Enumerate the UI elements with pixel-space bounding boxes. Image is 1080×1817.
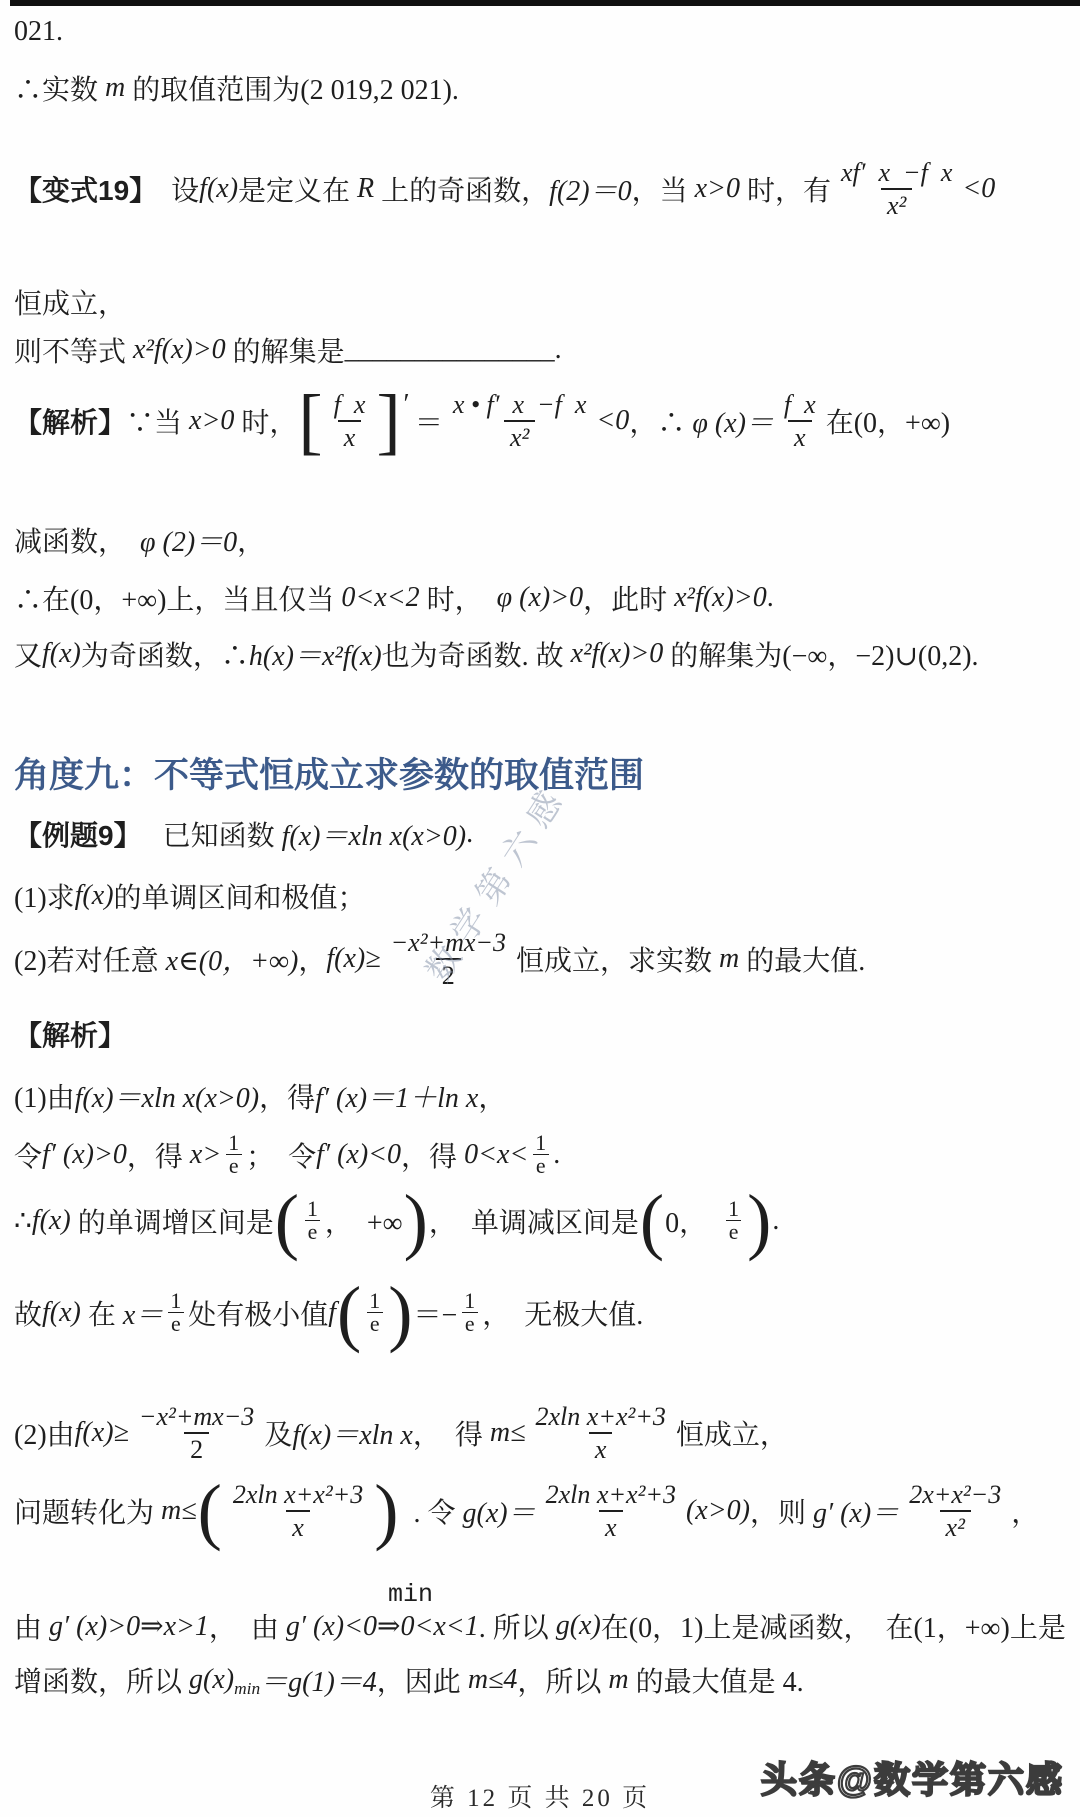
fraction: x • f′ x −f xx² — [447, 390, 593, 452]
text-run: ＝ — [408, 401, 443, 441]
text-run: _______________. — [345, 334, 562, 366]
text-run: . — [772, 1205, 779, 1237]
text-run: f(x)＝xln x — [292, 1413, 413, 1453]
numerator: 1 — [461, 1290, 478, 1312]
denominator: x — [338, 420, 362, 452]
text-run: ＝− — [413, 1293, 457, 1333]
text-run: ， 得 — [413, 1413, 490, 1453]
text-run: e — [536, 1155, 546, 1177]
toutiao-watermark: 头条@数学第六感 — [761, 1752, 1064, 1803]
line-variant19-problem: 【变式19】 设f(x)是定义在 R 上的奇函数，f(2)＝0，当 x>0 时，… — [14, 158, 995, 220]
text-run: φ (2)＝0 — [140, 520, 237, 560]
text-run: 2xln x+x²+3 — [535, 1402, 665, 1431]
text-run: ， +∞ — [325, 1201, 403, 1241]
text-run: xf′ x −f x — [841, 158, 952, 187]
text-run: 问题转化为 — [14, 1491, 161, 1531]
text-run: g′ (x)<0⇒0<x<1 — [286, 1609, 479, 1643]
text-run: ，得 — [127, 1135, 190, 1175]
denominator: x — [788, 420, 812, 452]
line-sol1-extremum: 故f(x) 在 x＝1e处有极小值f(1e)＝−1e， 无极大值. — [14, 1290, 643, 1336]
denominator: e — [726, 1220, 742, 1243]
text-run: 上的奇函数， — [374, 169, 549, 209]
text-run: m≤4 — [468, 1664, 518, 1696]
text-run: g′ (x)>0⇒x>1 — [49, 1609, 209, 1643]
text-run: x — [794, 423, 806, 452]
fraction: 1e — [225, 1132, 242, 1178]
numerator: 1 — [532, 1132, 549, 1154]
text-run: ∴实数 — [14, 68, 105, 108]
text-run: ， — [478, 1076, 506, 1116]
text-run: e — [370, 1313, 380, 1335]
line-sol2-transform: (2)由f(x)≥−x²+mx−32及f(x)＝xln x， 得 m≤2xln … — [14, 1402, 788, 1464]
text-run: x>0 — [189, 405, 234, 437]
line-sol1-sign-analysis: 令f′ (x)>0，得 x>1e； 令f′ (x)<0，得 0<x<1e. — [14, 1132, 560, 1178]
text-run: 处有极小值 — [188, 1293, 328, 1333]
numerator: 2xln x+x²+3 — [227, 1480, 369, 1510]
line-decreasing-phi2: 减函数， φ (2)＝0， — [14, 520, 265, 560]
text-run: m≤ — [161, 1495, 197, 1527]
text-run: 恒成立， — [676, 1413, 788, 1453]
text-run: g(x) — [189, 1664, 234, 1696]
text-run: 【解析】 — [14, 1014, 126, 1054]
document-page: 021. ∴实数 m 的取值范围为(2 019,2 021). 【变式19】 设… — [0, 0, 1080, 1817]
numerator: f x — [778, 390, 822, 420]
fraction: 1e — [366, 1290, 383, 1336]
text-run: x²f(x)>0 — [133, 334, 226, 366]
text-run: ，此时 — [583, 578, 674, 618]
denominator: x² — [881, 188, 912, 220]
fraction: 2xln x+x²+3x — [227, 1480, 369, 1542]
text-run: . 令 — [400, 1491, 463, 1531]
numerator: x • f′ x −f x — [447, 390, 593, 420]
line-sol1-derivative: (1)由f(x)＝xln x(x>0)，得f′ (x)＝1＋ln x， — [14, 1076, 506, 1116]
text-run: 又 — [14, 634, 42, 674]
text-run: 1 — [307, 1198, 318, 1220]
numerator: 2xln x+x²+3 — [540, 1480, 682, 1510]
text-run: . — [767, 582, 774, 614]
text-run: 的取值范围为(2 019,2 021). — [125, 68, 459, 108]
text-run: 已知函数 — [142, 814, 282, 854]
text-run: (2)由 — [14, 1413, 75, 1453]
text-run: ，所以 — [517, 1660, 608, 1700]
numerator: 1 — [725, 1198, 742, 1220]
denominator: e — [168, 1312, 184, 1335]
text-run: . 所以 — [479, 1606, 556, 1646]
text-run: e — [465, 1313, 475, 1335]
text-run: 的最大值. — [739, 939, 865, 979]
line-jiexi-variant19: 【解析】∵当 x>0 时，[f xx]′ ＝x • f′ x −f xx²<0，… — [14, 390, 950, 452]
numerator: 2xln x+x²+3 — [529, 1402, 671, 1432]
denominator: x — [589, 1432, 613, 1464]
numerator: 1 — [304, 1198, 321, 1220]
denominator: e — [533, 1154, 549, 1177]
line-leftover-021: 021. — [14, 16, 63, 48]
fraction: 1e — [461, 1290, 478, 1336]
numerator: f x — [328, 390, 372, 420]
text-run: m — [719, 943, 739, 975]
text-run: 是定义在 — [238, 169, 357, 209]
text-run: x∈(0，+∞) — [166, 939, 299, 979]
denominator: x² — [940, 1510, 971, 1542]
line-odd-function-conclusion: 又f(x)为奇函数，∴h(x)＝x²f(x)也为奇函数. 故 x²f(x)>0 … — [14, 634, 979, 674]
text-run: 的解集为(−∞，−2)∪(0,2). — [663, 634, 978, 674]
text-run: f′ (x)＝1＋ln x — [315, 1076, 478, 1116]
text-run: 在(0，1)上是减函数， 在(1，+∞)上是 — [601, 1606, 1066, 1646]
text-run: 的最大值是 4. — [629, 1660, 804, 1700]
text-run: . — [553, 1139, 560, 1171]
text-run: g(x)＝ — [463, 1491, 536, 1531]
text-run: f(x)≥ — [75, 1417, 129, 1449]
text-run: e — [229, 1155, 239, 1177]
denominator: 2 — [184, 1432, 209, 1464]
text-run: x • f′ x −f x — [453, 390, 587, 419]
text-run: φ (x)>0 — [497, 582, 583, 614]
text-run: <0 — [962, 173, 995, 205]
text-run: m≤ — [490, 1417, 526, 1449]
text-run: ∵当 — [126, 401, 189, 441]
text-run: ，当 — [632, 169, 695, 209]
text-run: 设 — [157, 169, 199, 209]
text-run: 及 — [264, 1413, 292, 1453]
text-run: x> — [190, 1139, 221, 1171]
line-q1-monotone-extremum: (1)求f(x)的单调区间和极值； — [14, 876, 366, 916]
text-run: f(x)≥ — [326, 943, 380, 975]
line-heng-cheng-li: 恒成立， — [14, 282, 126, 322]
fraction: f xx — [778, 390, 822, 452]
text-run: f′ (x)>0 — [42, 1139, 127, 1171]
text-run: h(x)＝x²f(x) — [249, 634, 382, 674]
text-run: −x²+mx−3 — [139, 1402, 254, 1431]
text-run: f(x) — [199, 173, 238, 205]
text-run: ； 令 — [246, 1135, 316, 1175]
text-run: 恒成立，求实数 — [516, 939, 719, 979]
fraction: 2xln x+x²+3x — [529, 1402, 671, 1464]
line-example9: 【例题9】 已知函数 f(x)＝xln x(x>0). — [14, 814, 473, 854]
text-run: 在 — [81, 1293, 123, 1333]
text-run: ， — [298, 939, 326, 979]
text-run: f(x)＝xln x(x>0) — [282, 814, 466, 854]
fraction: 1e — [532, 1132, 549, 1178]
text-run: 的解集是 — [226, 330, 345, 370]
label-min-subscript: min — [388, 1580, 433, 1609]
text-run: e — [308, 1221, 318, 1243]
denominator: e — [305, 1220, 321, 1243]
text-run: 则不等式 — [14, 330, 133, 370]
text-run: x² — [510, 423, 529, 452]
text-run: ，因此 — [377, 1660, 468, 1700]
denominator: e — [462, 1312, 478, 1335]
text-run: x — [605, 1513, 617, 1542]
text-run: 1 — [170, 1290, 181, 1312]
text-run: ， — [1011, 1491, 1039, 1531]
text-run: ，得 — [401, 1135, 464, 1175]
text-run: 【变式19】 — [14, 169, 157, 209]
text-run: 的单调增区间是 — [71, 1201, 274, 1241]
text-run: e — [171, 1313, 181, 1335]
subscript: min — [234, 1679, 260, 1699]
line-jiexi-example9: 【解析】 — [14, 1014, 126, 1054]
text-run: 1 — [728, 1198, 739, 1220]
text-run: 0<x< — [464, 1139, 528, 1171]
numerator: xf′ x −f x — [835, 158, 958, 188]
text-run: 2xln x+x²+3 — [233, 1480, 363, 1509]
text-run: f x — [784, 390, 816, 419]
text-run: 1 — [464, 1290, 475, 1312]
fraction: xf′ x −f xx² — [835, 158, 958, 220]
text-run: 0， — [665, 1201, 721, 1241]
text-run: 增函数，所以 — [14, 1660, 189, 1700]
text-run: f x — [334, 390, 366, 419]
text-run: φ (x)＝ — [692, 401, 774, 441]
text-run: x²f(x)>0 — [571, 638, 664, 670]
text-run: f(2)＝0 — [549, 169, 631, 209]
denominator: x² — [504, 420, 535, 452]
text-run: m — [105, 72, 125, 104]
text-run: (1)由 — [14, 1076, 75, 1116]
text-run: g′ (x)＝ — [813, 1491, 899, 1531]
text-run: f(x) — [42, 1297, 81, 1329]
fraction: f xx — [328, 390, 372, 452]
text-run: ∴在(0，+∞)上，当且仅当 — [14, 578, 341, 618]
text-run: 为奇函数，∴ — [81, 634, 249, 674]
text-run: ， 由 — [209, 1606, 286, 1646]
numerator: 1 — [167, 1290, 184, 1312]
text-run: x² — [946, 1513, 965, 1542]
text-run: f(x) — [32, 1205, 71, 1237]
text-run: x — [292, 1513, 304, 1542]
text-run: ＝g(1)＝4 — [260, 1660, 377, 1700]
text-run: 0<x<2 — [341, 582, 419, 614]
text-run: x — [344, 423, 356, 452]
text-run: 由 — [14, 1606, 49, 1646]
fraction: 1e — [725, 1198, 742, 1244]
fraction: 2xln x+x²+3x — [540, 1480, 682, 1542]
text-run: 减函数， — [14, 520, 140, 560]
text-run: ，得 — [259, 1076, 315, 1116]
denominator: e — [226, 1154, 242, 1177]
text-run: 2xln x+x²+3 — [546, 1480, 676, 1509]
text-run: 【例题9】 — [14, 814, 142, 854]
text-run: ， 单调减区间是 — [429, 1201, 639, 1241]
fraction: −x²+mx−32 — [133, 1402, 260, 1464]
denominator: x — [286, 1510, 310, 1542]
text-run: ，则 — [750, 1491, 813, 1531]
fraction: 1e — [304, 1198, 321, 1244]
text-run: ， — [237, 520, 265, 560]
text-run: x>0 — [695, 173, 740, 205]
fraction: 1e — [167, 1290, 184, 1336]
top-border-rule — [10, 0, 1080, 6]
text-run: x² — [887, 191, 906, 220]
text-run: 2x+x²−3 — [909, 1480, 1001, 1509]
text-run: 1 — [535, 1132, 546, 1154]
numerator: 2x+x²−3 — [903, 1480, 1007, 1510]
text-run: (1)求 — [14, 876, 75, 916]
text-run: ， 无极大值. — [482, 1293, 643, 1333]
text-run: m — [608, 1664, 628, 1696]
text-run: 021. — [14, 16, 63, 48]
text-run: f(x)＝xln x(x>0) — [75, 1076, 259, 1116]
text-run: 时， — [420, 578, 497, 618]
text-run: f — [328, 1297, 336, 1329]
text-run: f(x) — [75, 880, 114, 912]
text-run: f′ (x)<0 — [316, 1139, 401, 1171]
text-run: 故 — [14, 1293, 42, 1333]
line-sol2-conclusion: 增函数，所以 g(x)min＝g(1)＝4，因此 m≤4，所以 m 的最大值是 … — [14, 1660, 804, 1700]
text-run: . — [466, 818, 473, 850]
text-run: ，∴ — [629, 401, 692, 441]
text-run: 的单调区间和极值； — [114, 876, 366, 916]
text-run: x²f(x)>0 — [674, 582, 767, 614]
line-m-range-conclusion: ∴实数 m 的取值范围为(2 019,2 021). — [14, 68, 459, 108]
text-run: ′ — [402, 389, 408, 421]
text-run: R — [357, 173, 374, 205]
line-interval-phi-positive: ∴在(0，+∞)上，当且仅当 0<x<2 时， φ (x)>0，此时 x²f(x… — [14, 578, 774, 618]
text-run: x＝ — [123, 1293, 163, 1333]
text-run: 令 — [14, 1135, 42, 1175]
text-run: 恒成立， — [14, 282, 126, 322]
text-run: x — [595, 1435, 607, 1464]
numerator: −x²+mx−3 — [133, 1402, 260, 1432]
text-run: 2 — [190, 1435, 203, 1464]
line-sol2-g-function: 问题转化为 m≤(2xln x+x²+3x) . 令 g(x)＝2xln x+x… — [14, 1480, 1039, 1542]
text-run: <0 — [596, 405, 629, 437]
line-sol2-monotonicity: 由 g′ (x)>0⇒x>1， 由 g′ (x)<0⇒0<x<1. 所以 g(x… — [14, 1606, 1066, 1646]
denominator: e — [367, 1312, 383, 1335]
line-sol1-intervals: ∴f(x) 的单调增区间是(1e， +∞)， 单调减区间是(0， 1e). — [14, 1198, 779, 1244]
numerator: 1 — [225, 1132, 242, 1154]
text-run: 也为奇函数. 故 — [382, 634, 571, 674]
text-run: (2)若对任意 — [14, 939, 166, 979]
text-run: 【解析】 — [14, 401, 126, 441]
text-run: ∴ — [14, 1204, 32, 1238]
line-solution-set-blank: 则不等式 x²f(x)>0 的解集是_______________. — [14, 330, 562, 370]
text-run: 1 — [228, 1132, 239, 1154]
text-run: g(x) — [556, 1610, 601, 1642]
numerator: 1 — [366, 1290, 383, 1312]
text-run: e — [729, 1221, 739, 1243]
text-run: (x>0) — [686, 1495, 750, 1527]
text-run: 时，有 — [740, 169, 831, 209]
text-run: min — [388, 1580, 433, 1609]
text-run: 时， — [234, 401, 297, 441]
text-run: f(x) — [42, 638, 81, 670]
text-run: 1 — [369, 1290, 380, 1312]
fraction: 2x+x²−3x² — [903, 1480, 1007, 1542]
denominator: x — [599, 1510, 623, 1542]
text-run: 在(0，+∞) — [826, 401, 950, 441]
